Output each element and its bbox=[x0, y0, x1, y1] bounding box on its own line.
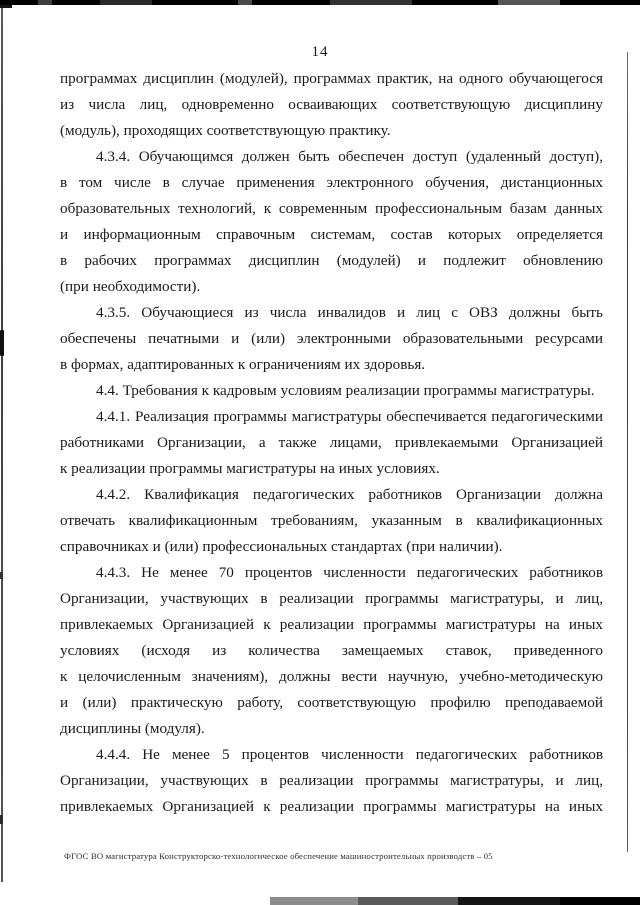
paragraph: 4.4.3. Не менее 70 процентов численности… bbox=[60, 560, 603, 742]
text-line: программах дисциплин (модулей), программ… bbox=[60, 66, 603, 92]
paragraph: программах дисциплин (модулей), программ… bbox=[60, 66, 603, 144]
text-line: условиях (исходя из количества замещаемы… bbox=[60, 638, 603, 664]
text-line: работниками Организации, а также лицами,… bbox=[60, 430, 603, 456]
scanned-document-page: 14 программах дисциплин (модулей), прогр… bbox=[0, 0, 640, 905]
text-line: и информационным справочным системам, со… bbox=[60, 222, 603, 248]
text-line: обеспечены печатными и (или) электронным… bbox=[60, 326, 603, 352]
text-line: 4.4.4. Не менее 5 процентов численности … bbox=[60, 742, 603, 768]
text-line: к реализации программы магистратуры на и… bbox=[60, 456, 603, 482]
text-line: 4.3.5. Обучающиеся из числа инвалидов и … bbox=[60, 300, 603, 326]
scan-left-smudge bbox=[0, 330, 4, 356]
scan-left-mark bbox=[0, 572, 3, 579]
text-line: в том числе в случае применения электрон… bbox=[60, 170, 603, 196]
text-line: в формах, адаптированных к ограничениям … bbox=[60, 352, 603, 378]
text-line: в рабочих программах дисциплин (модулей)… bbox=[60, 248, 603, 274]
text-line: привлекаемых Организацией к реализации п… bbox=[60, 612, 603, 638]
paragraph: 4.4.1. Реализация программы магистратуры… bbox=[60, 404, 603, 482]
paragraph: 4.3.5. Обучающиеся из числа инвалидов и … bbox=[60, 300, 603, 378]
paragraph: 4.3.4. Обучающимся должен быть обеспечен… bbox=[60, 144, 603, 300]
text-line: привлекаемых Организацией к реализации п… bbox=[60, 794, 603, 820]
scan-bottom-edge-artifact bbox=[270, 897, 640, 905]
text-line: из числа лиц, одновременно осваивающих с… bbox=[60, 92, 603, 118]
scan-right-frame-line bbox=[627, 52, 628, 852]
text-line: (модуль), проходящих соответствующую пра… bbox=[60, 118, 603, 144]
text-line: (при необходимости). bbox=[60, 274, 603, 300]
text-line: 4.4. Требования к кадровым условиям реал… bbox=[60, 378, 603, 404]
scan-top-edge-artifact bbox=[0, 0, 640, 5]
paragraph: 4.4.2. Квалификация педагогических работ… bbox=[60, 482, 603, 560]
text-line: 4.4.3. Не менее 70 процентов численности… bbox=[60, 560, 603, 586]
text-line: к целочисленным значениям), должны вести… bbox=[60, 664, 603, 690]
paragraph: 4.4. Требования к кадровым условиям реал… bbox=[60, 378, 603, 404]
text-line: 4.4.2. Квалификация педагогических работ… bbox=[60, 482, 603, 508]
scan-left-mark bbox=[0, 815, 3, 824]
text-line: отвечать квалификационным требованиям, у… bbox=[60, 508, 603, 534]
paragraph: 4.4.4. Не менее 5 процентов численности … bbox=[60, 742, 603, 820]
text-line: Организации, участвующих в реализации пр… bbox=[60, 768, 603, 794]
text-line: Организации, участвующих в реализации пр… bbox=[60, 586, 603, 612]
footer-note: ФГОС ВО магистратура Конструкторско-техн… bbox=[64, 851, 493, 861]
scan-left-frame-line bbox=[1, 8, 3, 882]
text-line: справочниках и (или) профессиональных ст… bbox=[60, 534, 603, 560]
text-line: дисциплины (модуля). bbox=[60, 716, 603, 742]
document-body-text: программах дисциплин (модулей), программ… bbox=[60, 66, 603, 820]
text-line: и (или) практическую работу, соответству… bbox=[60, 690, 603, 716]
text-line: 4.3.4. Обучающимся должен быть обеспечен… bbox=[60, 144, 603, 170]
text-line: образовательных технологий, к современны… bbox=[60, 196, 603, 222]
page-number: 14 bbox=[0, 44, 640, 61]
text-line: 4.4.1. Реализация программы магистратуры… bbox=[60, 404, 603, 430]
